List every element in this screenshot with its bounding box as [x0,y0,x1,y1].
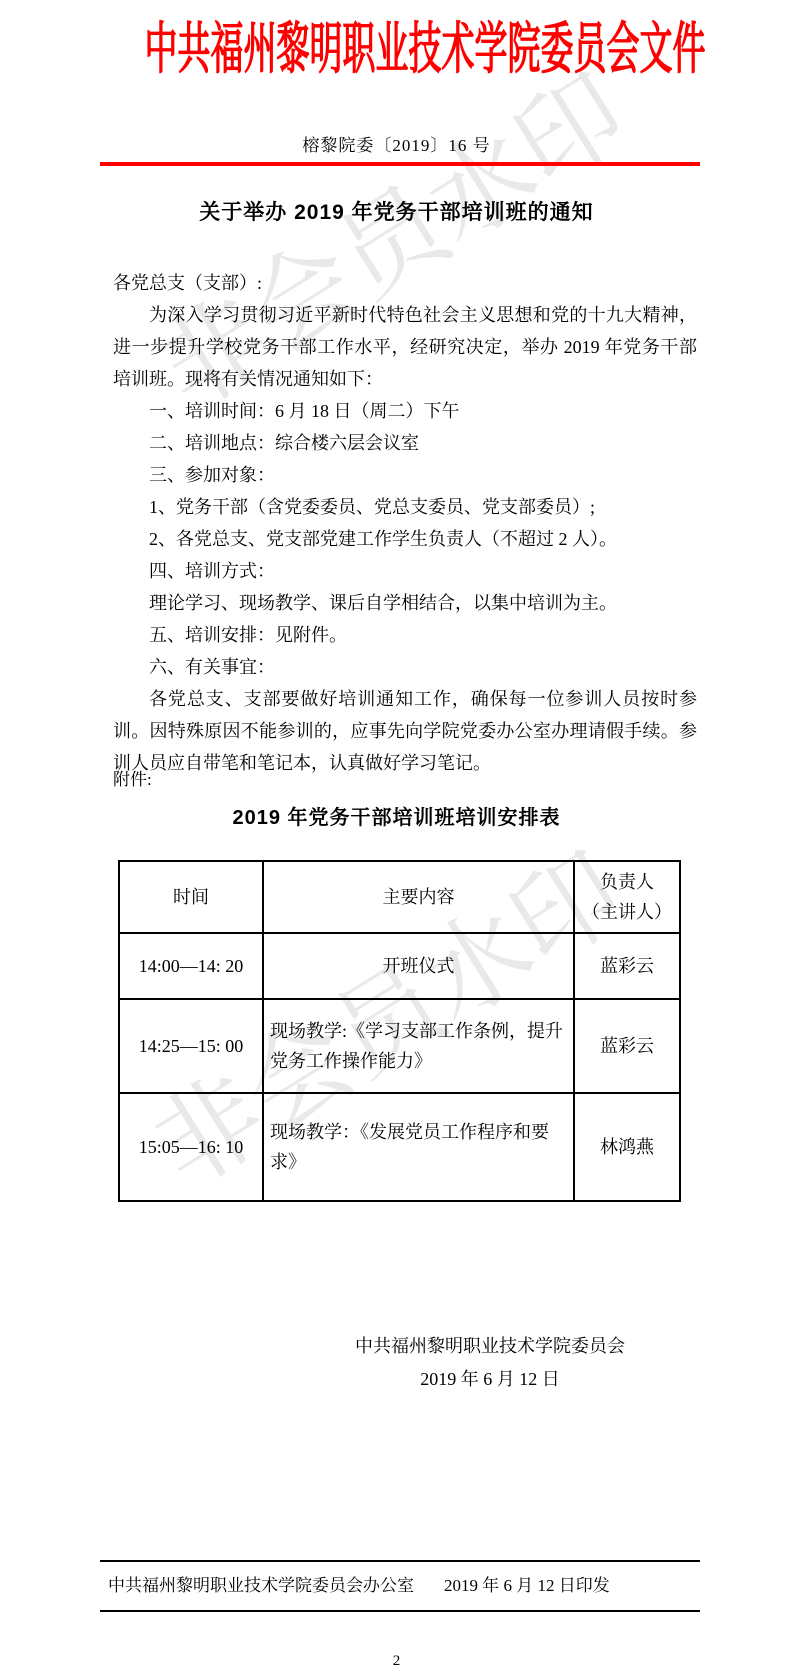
header-speaker-line1: 负责人 [581,867,673,897]
schedule-table: 时间 主要内容 负责人 （主讲人） 14:00—14: 20 开班仪式 蓝彩云 … [118,860,681,1202]
paragraph: 各党总支、支部要做好培训通知工作，确保每一位参训人员按时参训。因特殊原因不能参训… [113,683,697,779]
footer-bottom-rule [100,1610,700,1612]
cell-content: 现场教学：《发展党员工作程序和要求》 [263,1093,574,1201]
document-page: 非会员水印 非会员水印 中共福州黎明职业技术学院委员会文件 榕黎院委〔2019〕… [0,0,793,1677]
signature-date: 2019 年 6 月 12 日 [190,1363,790,1396]
table-row: 14:00—14: 20 开班仪式 蓝彩云 [119,933,680,999]
cell-content: 现场教学:《学习支部工作条例，提升党务工作操作能力》 [263,999,574,1093]
paragraph: 四、培训方式： [113,555,697,587]
doc-number: 榕黎院委〔2019〕16 号 [0,131,793,156]
table-row: 14:25—15: 00 现场教学:《学习支部工作条例，提升党务工作操作能力》 … [119,999,680,1093]
cell-content: 开班仪式 [263,933,574,999]
paragraph: 为深入学习贯彻习近平新时代特色社会主义思想和党的十九大精神，进一步提升学校党务干… [113,299,697,395]
page-number: 2 [0,1653,793,1670]
footer-issuer: 中共福州黎明职业技术学院委员会办公室 [108,1572,414,1600]
schedule-table-title: 2019 年党务干部培训班培训安排表 [0,801,793,830]
footer-print-date: 2019 年 6 月 12 日印发 [444,1572,610,1600]
paragraph: 二、培训地点：综合楼六层会议室 [113,427,697,459]
cell-speaker: 林鸿燕 [574,1093,680,1201]
footer-imprint: 中共福州黎明职业技术学院委员会办公室 2019 年 6 月 12 日印发 [108,1572,700,1600]
header-content: 主要内容 [263,861,574,933]
paragraph: 理论学习、现场教学、课后自学相结合，以集中培训为主。 [113,587,697,619]
red-divider-rule [100,162,700,166]
cell-time: 14:00—14: 20 [119,933,263,999]
paragraph: 五、培训安排：见附件。 [113,619,697,651]
cell-time: 15:05—16: 10 [119,1093,263,1201]
paragraph: 三、参加对象： [113,459,697,491]
cell-time: 14:25—15: 00 [119,999,263,1093]
paragraph: 1、党务干部（含党委委员、党总支委员、党支部委员）; [113,491,697,523]
header-speaker: 负责人 （主讲人） [574,861,680,933]
cell-speaker: 蓝彩云 [574,999,680,1093]
attachment-label: 附件: [113,770,152,790]
org-title: 中共福州黎明职业技术学院委员会文件 [145,4,706,85]
cell-speaker: 蓝彩云 [574,933,680,999]
letterhead: 中共福州黎明职业技术学院委员会文件 [0,4,793,76]
footer-top-rule [100,1560,700,1562]
notice-title: 关于举办 2019 年党务干部培训班的通知 [0,196,793,226]
header-speaker-line2: （主讲人） [581,897,673,927]
paragraph: 六、有关事宜： [113,651,697,683]
salutation: 各党总支（支部）: [113,267,697,299]
signature-block: 中共福州黎明职业技术学院委员会 2019 年 6 月 12 日 [190,1330,790,1396]
paragraph: 一、培训时间：6 月 18 日（周二）下午 [113,395,697,427]
notice-body: 各党总支（支部）: 为深入学习贯彻习近平新时代特色社会主义思想和党的十九大精神，… [113,267,697,779]
header-time: 时间 [119,861,263,933]
signature-org: 中共福州黎明职业技术学院委员会 [190,1330,790,1363]
table-header-row: 时间 主要内容 负责人 （主讲人） [119,861,680,933]
paragraph: 2、各党总支、党支部党建工作学生负责人（不超过 2 人）。 [113,523,697,555]
table-row: 15:05—16: 10 现场教学：《发展党员工作程序和要求》 林鸿燕 [119,1093,680,1201]
